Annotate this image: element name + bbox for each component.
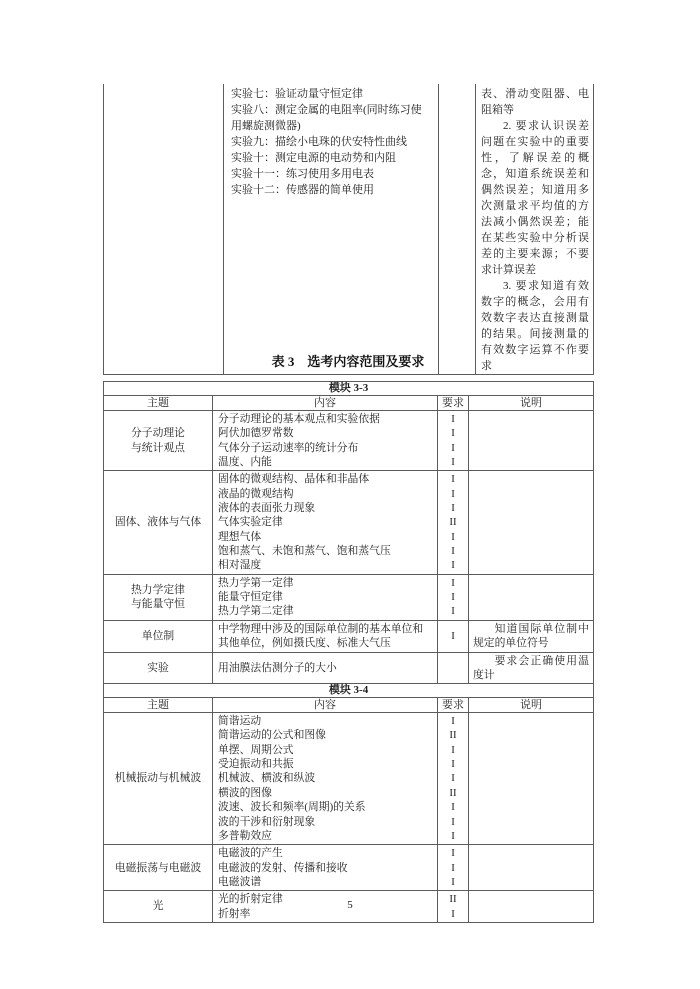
- column-header: 内容: [213, 698, 438, 713]
- experiments-continuation-table: 实验七：验证动量守恒定律实验八：测定金属的电阻率(同时练习使用螺旋测微器)实验九…: [103, 84, 594, 375]
- content-cell: 分子动理论的基本观点和实验依据阿伏加德罗常数气体分子运动速率的统计分布温度、内能: [213, 411, 438, 471]
- requirement-cell: I: [438, 620, 469, 652]
- content-item: 横波的图像: [218, 786, 432, 800]
- note-cell: [469, 845, 594, 891]
- column-header: 要求: [438, 396, 469, 411]
- column-header: 说明: [469, 396, 594, 411]
- content-item: 气体分子运动速率的统计分布: [218, 441, 432, 455]
- content-cell: 用油膜法估测分子的大小: [213, 652, 438, 684]
- note-cell: [469, 574, 594, 620]
- module-label: 模块 3-3: [104, 382, 594, 396]
- content-item: 中学物理中涉及的国际单位制的基本单位和其他单位，例如摄氏度、标准大气压: [218, 622, 432, 651]
- requirement-value: I: [438, 771, 468, 785]
- topic-label: 电磁振荡与电磁波: [104, 861, 212, 875]
- content-cell: 简谐运动简谐运动的公式和图像单摆、周期公式受迫振动和共振机械波、横波和纵波横波的…: [213, 713, 438, 845]
- requirement-value: I: [438, 604, 468, 618]
- topic-cell: 电磁振荡与电磁波: [104, 845, 213, 891]
- note-text: 要求会正确使用温度计: [473, 654, 589, 683]
- content-item: 气体实验定律: [218, 515, 432, 529]
- notes-cell: 表、滑动变阻器、电阻箱等2. 要求认识误差问题在实验中的重要性，了解误差的概念，…: [476, 84, 594, 375]
- experiments-cell: 实验七：验证动量守恒定律实验八：测定金属的电阻率(同时练习使用螺旋测微器)实验九…: [224, 84, 439, 375]
- requirement-value: II: [438, 728, 468, 742]
- content-item: 单摆、周期公式: [218, 743, 432, 757]
- content-cell: 热力学第一定律能量守恒定律热力学第二定律: [213, 574, 438, 620]
- requirement-value: I: [438, 800, 468, 814]
- requirement-cell: III: [438, 574, 469, 620]
- content-item: 阿伏加德罗常数: [218, 426, 432, 440]
- requirement-cell-empty: [439, 84, 476, 375]
- topic-label: 机械振动与机械波: [104, 771, 212, 785]
- requirement-value: II: [438, 515, 468, 529]
- requirement-value: I: [438, 829, 468, 843]
- requirement-cell: [438, 652, 469, 684]
- module-row: 模块 3-4: [104, 684, 594, 698]
- content-item: 机械波、横波和纵波: [218, 771, 432, 785]
- note-cell: 要求会正确使用温度计: [469, 652, 594, 684]
- topic-group-row: 单位制中学物理中涉及的国际单位制的基本单位和其他单位，例如摄氏度、标准大气压I知…: [104, 620, 594, 652]
- content-item: 简谐运动的公式和图像: [218, 728, 432, 742]
- column-header: 内容: [213, 396, 438, 411]
- requirement-value: I: [438, 441, 468, 455]
- requirement-cell: III: [438, 845, 469, 891]
- note-cell: 知道国际单位制中规定的单位符号: [469, 620, 594, 652]
- content-item: 理想气体: [218, 530, 432, 544]
- content-item: 电磁波的产生: [218, 846, 432, 860]
- content-item: 能量守恒定律: [218, 590, 432, 604]
- requirement-cell: IIIIIIIIIII: [438, 713, 469, 845]
- note-cell: [469, 471, 594, 574]
- content-cell: 中学物理中涉及的国际单位制的基本单位和其他单位，例如摄氏度、标准大气压: [213, 620, 438, 652]
- column-header: 说明: [469, 698, 594, 713]
- topic-cell-empty: [104, 84, 224, 375]
- requirement-value: I: [438, 472, 468, 486]
- content-item: 温度、内能: [218, 455, 432, 469]
- content-item: 多普勒效应: [218, 829, 432, 843]
- content-item: 电磁波谱: [218, 875, 432, 889]
- requirement-value: [438, 661, 468, 675]
- requirement-value: I: [438, 576, 468, 590]
- requirement-value: II: [438, 786, 468, 800]
- content-item: 相对湿度: [218, 558, 432, 572]
- topic-label: 分子动理论: [104, 426, 212, 440]
- requirement-value: I: [438, 544, 468, 558]
- content-item: 分子动理论的基本观点和实验依据: [218, 412, 432, 426]
- experiment-item: 实验十：测定电源的电动势和内阻: [231, 150, 432, 166]
- requirement-value: I: [438, 530, 468, 544]
- note-paragraph: 表、滑动变阻器、电阻箱等: [481, 86, 589, 118]
- topic-cell: 机械振动与机械波: [104, 713, 213, 845]
- requirement-value: I: [438, 629, 468, 643]
- requirement-cell: IIIIIIII: [438, 471, 469, 574]
- topic-cell: 热力学定律与能量守恒: [104, 574, 213, 620]
- note-text: 知道国际单位制中规定的单位符号: [473, 622, 589, 651]
- topic-label: 固体、液体与气体: [104, 515, 212, 529]
- topic-label: 实验: [104, 661, 212, 675]
- experiment-item: 实验十一：练习使用多用电表: [231, 166, 432, 182]
- experiment-item: 实验十二：传感器的简单使用: [231, 182, 432, 198]
- table3: 模块 3-3主题内容要求说明分子动理论与统计观点分子动理论的基本观点和实验依据阿…: [103, 381, 594, 923]
- content-cell: 固体的微观结构、晶体和非晶体液晶的微观结构液体的表面张力现象气体实验定律理想气体…: [213, 471, 438, 574]
- requirement-value: I: [438, 757, 468, 771]
- content-item: 热力学第一定律: [218, 576, 432, 590]
- column-header: 主题: [104, 698, 213, 713]
- experiment-item: 实验七：验证动量守恒定律: [231, 86, 432, 102]
- experiment-item: 实验九：描绘小电珠的伏安特性曲线: [231, 134, 432, 150]
- requirement-value: I: [438, 501, 468, 515]
- content-item: 波的干涉和衍射现象: [218, 815, 432, 829]
- requirement-value: I: [438, 875, 468, 889]
- requirement-value: I: [438, 861, 468, 875]
- requirement-value: I: [438, 846, 468, 860]
- topic-cell: 固体、液体与气体: [104, 471, 213, 574]
- note-cell: [469, 713, 594, 845]
- table3-body: 模块 3-3主题内容要求说明分子动理论与统计观点分子动理论的基本观点和实验依据阿…: [104, 382, 594, 923]
- column-header: 要求: [438, 698, 469, 713]
- content-item: 液体的表面张力现象: [218, 501, 432, 515]
- content-item: 简谐运动: [218, 714, 432, 728]
- topic-group-row: 固体、液体与气体固体的微观结构、晶体和非晶体液晶的微观结构液体的表面张力现象气体…: [104, 471, 594, 574]
- requirement-value: I: [438, 590, 468, 604]
- topic-label: 热力学定律: [104, 583, 212, 597]
- requirement-cell: IIII: [438, 411, 469, 471]
- requirement-value: I: [438, 487, 468, 501]
- topic-cell: 单位制: [104, 620, 213, 652]
- note-cell: [469, 411, 594, 471]
- content-item: 波速、波长和频率(周期)的关系: [218, 800, 432, 814]
- module-label: 模块 3-4: [104, 684, 594, 698]
- requirement-value: I: [438, 426, 468, 440]
- topic-group-row: 实验用油膜法估测分子的大小要求会正确使用温度计: [104, 652, 594, 684]
- module-row: 模块 3-3: [104, 382, 594, 396]
- topic-label: 与能量守恒: [104, 597, 212, 611]
- experiment-item: 实验八：测定金属的电阻率(同时练习使用螺旋测微器): [231, 102, 432, 134]
- header-row: 主题内容要求说明: [104, 396, 594, 411]
- topic-label: 与统计观点: [104, 441, 212, 455]
- topic-cell: 分子动理论与统计观点: [104, 411, 213, 471]
- requirement-value: I: [438, 412, 468, 426]
- content-item: 电磁波的发射、传播和接收: [218, 861, 432, 875]
- topic-cell: 实验: [104, 652, 213, 684]
- content-item: 受迫振动和共振: [218, 757, 432, 771]
- topic-label: 单位制: [104, 629, 212, 643]
- content-item: 热力学第二定律: [218, 604, 432, 618]
- topic-group-row: 分子动理论与统计观点分子动理论的基本观点和实验依据阿伏加德罗常数气体分子运动速率…: [104, 411, 594, 471]
- table3-title: 表 3 选考内容范围及要求: [103, 354, 593, 370]
- topic-group-row: 机械振动与机械波简谐运动简谐运动的公式和图像单摆、周期公式受迫振动和共振机械波、…: [104, 713, 594, 845]
- note-paragraph: 2. 要求认识误差问题在实验中的重要性，了解误差的概念，知道系统误差和偶然误差；…: [481, 118, 589, 278]
- column-header: 主题: [104, 396, 213, 411]
- table-row: 实验七：验证动量守恒定律实验八：测定金属的电阻率(同时练习使用螺旋测微器)实验九…: [104, 84, 594, 375]
- header-row: 主题内容要求说明: [104, 698, 594, 713]
- requirement-value: I: [438, 815, 468, 829]
- content-item: 用油膜法估测分子的大小: [218, 661, 432, 675]
- requirement-value: I: [438, 714, 468, 728]
- page-number: 5: [0, 898, 700, 912]
- requirement-value: I: [438, 558, 468, 572]
- content-item: 固体的微观结构、晶体和非晶体: [218, 472, 432, 486]
- requirement-value: I: [438, 455, 468, 469]
- content-cell: 电磁波的产生电磁波的发射、传播和接收电磁波谱: [213, 845, 438, 891]
- topic-group-row: 热力学定律与能量守恒热力学第一定律能量守恒定律热力学第二定律III: [104, 574, 594, 620]
- content-item: 饱和蒸气、未饱和蒸气、饱和蒸气压: [218, 544, 432, 558]
- requirement-value: I: [438, 743, 468, 757]
- topic-group-row: 电磁振荡与电磁波电磁波的产生电磁波的发射、传播和接收电磁波谱III: [104, 845, 594, 891]
- content-item: 液晶的微观结构: [218, 487, 432, 501]
